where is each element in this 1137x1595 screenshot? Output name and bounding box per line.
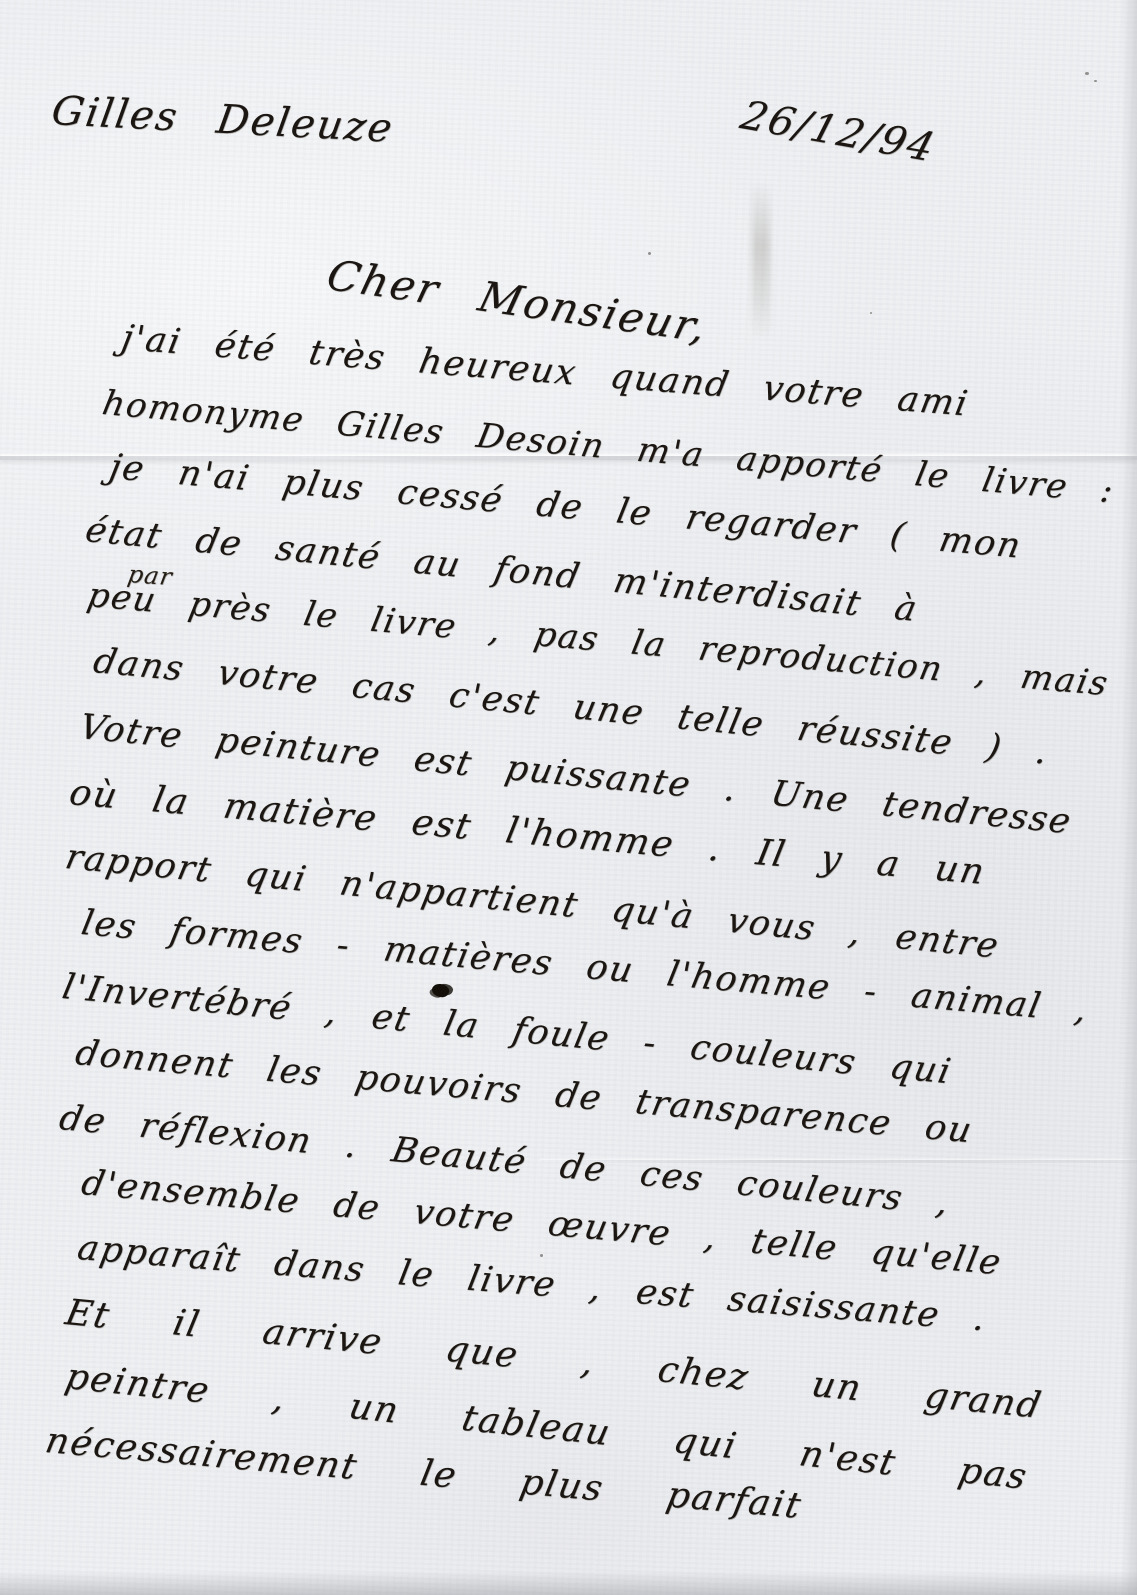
salutation: Cher Monsieur, — [322, 251, 713, 352]
scan-smudge-vertical — [752, 182, 770, 340]
scan-edge-bottom-shadow — [0, 1571, 1137, 1595]
author-annotation: Gilles Deleuze — [48, 88, 397, 152]
scan-speckle — [540, 1254, 543, 1257]
scan-speckle — [870, 312, 872, 314]
scan-speckle — [1094, 80, 1097, 82]
letter-date: 26/12/94 — [736, 93, 941, 171]
scan-speckle — [648, 252, 651, 255]
scan-speckle — [1085, 72, 1089, 75]
scan-edge-right-shadow — [1121, 0, 1137, 1595]
ink-blot — [430, 981, 451, 1000]
letter-page: Gilles Deleuze 26/12/94 Cher Monsieur, p… — [0, 0, 1137, 1595]
